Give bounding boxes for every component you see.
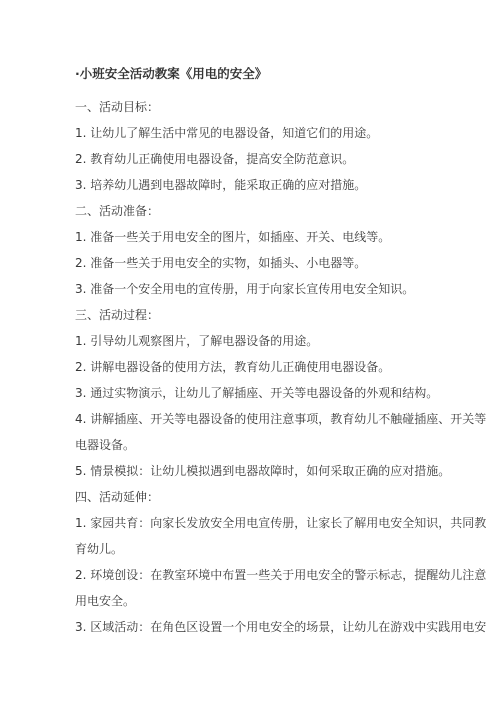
preparation-item-2: 2. 准备一些关于用电安全的实物，如插头、小电器等。 [75, 250, 485, 276]
section-heading-activity-process: 三、活动过程： [75, 302, 485, 328]
goals-item-2: 2. 教育幼儿正确使用电器设备，提高安全防范意识。 [75, 146, 485, 172]
process-item-3: 3. 通过实物演示，让幼儿了解插座、开关等电器设备的外观和结构。 [75, 380, 485, 406]
process-item-1: 1. 引导幼儿观察图片，了解电器设备的用途。 [75, 328, 485, 354]
goals-item-3: 3. 培养幼儿遇到电器故障时，能采取正确的应对措施。 [75, 172, 485, 198]
section-heading-activity-goals: 一、活动目标： [75, 94, 485, 120]
preparation-item-3: 3. 准备一个安全用电的宣传册，用于向家长宣传用电安全知识。 [75, 276, 485, 302]
document-title: ·小班安全活动教案《用电的安全》 [75, 61, 485, 87]
extension-item-3-truncated: 3. 区域活动：在角色区设置一个用电安全的场景，让幼儿在游戏中实践用电安 [75, 614, 485, 640]
extension-item-1-continuation: 育幼儿。 [75, 536, 485, 562]
extension-item-2: 2. 环境创设：在教室环境中布置一些关于用电安全的警示标志，提醒幼儿注意 [75, 562, 485, 588]
section-heading-activity-preparation: 二、活动准备： [75, 198, 485, 224]
process-item-5: 5. 情景模拟：让幼儿模拟遇到电器故障时，如何采取正确的应对措施。 [75, 458, 485, 484]
extension-item-2-continuation: 用电安全。 [75, 588, 485, 614]
process-item-4-continuation: 电器设备。 [75, 432, 485, 458]
process-item-4: 4. 讲解插座、开关等电器设备的使用注意事项，教育幼儿不触碰插座、开关等 [75, 406, 485, 432]
preparation-item-1: 1. 准备一些关于用电安全的图片，如插座、开关、电线等。 [75, 224, 485, 250]
document-page: ·小班安全活动教案《用电的安全》 一、活动目标： 1. 让幼儿了解生活中常见的电… [75, 61, 485, 640]
extension-item-1: 1. 家园共育：向家长发放安全用电宣传册，让家长了解用电安全知识，共同教 [75, 510, 485, 536]
section-heading-activity-extension: 四、活动延伸： [75, 484, 485, 510]
process-item-2: 2. 讲解电器设备的使用方法，教育幼儿正确使用电器设备。 [75, 354, 485, 380]
goals-item-1: 1. 让幼儿了解生活中常见的电器设备，知道它们的用途。 [75, 120, 485, 146]
